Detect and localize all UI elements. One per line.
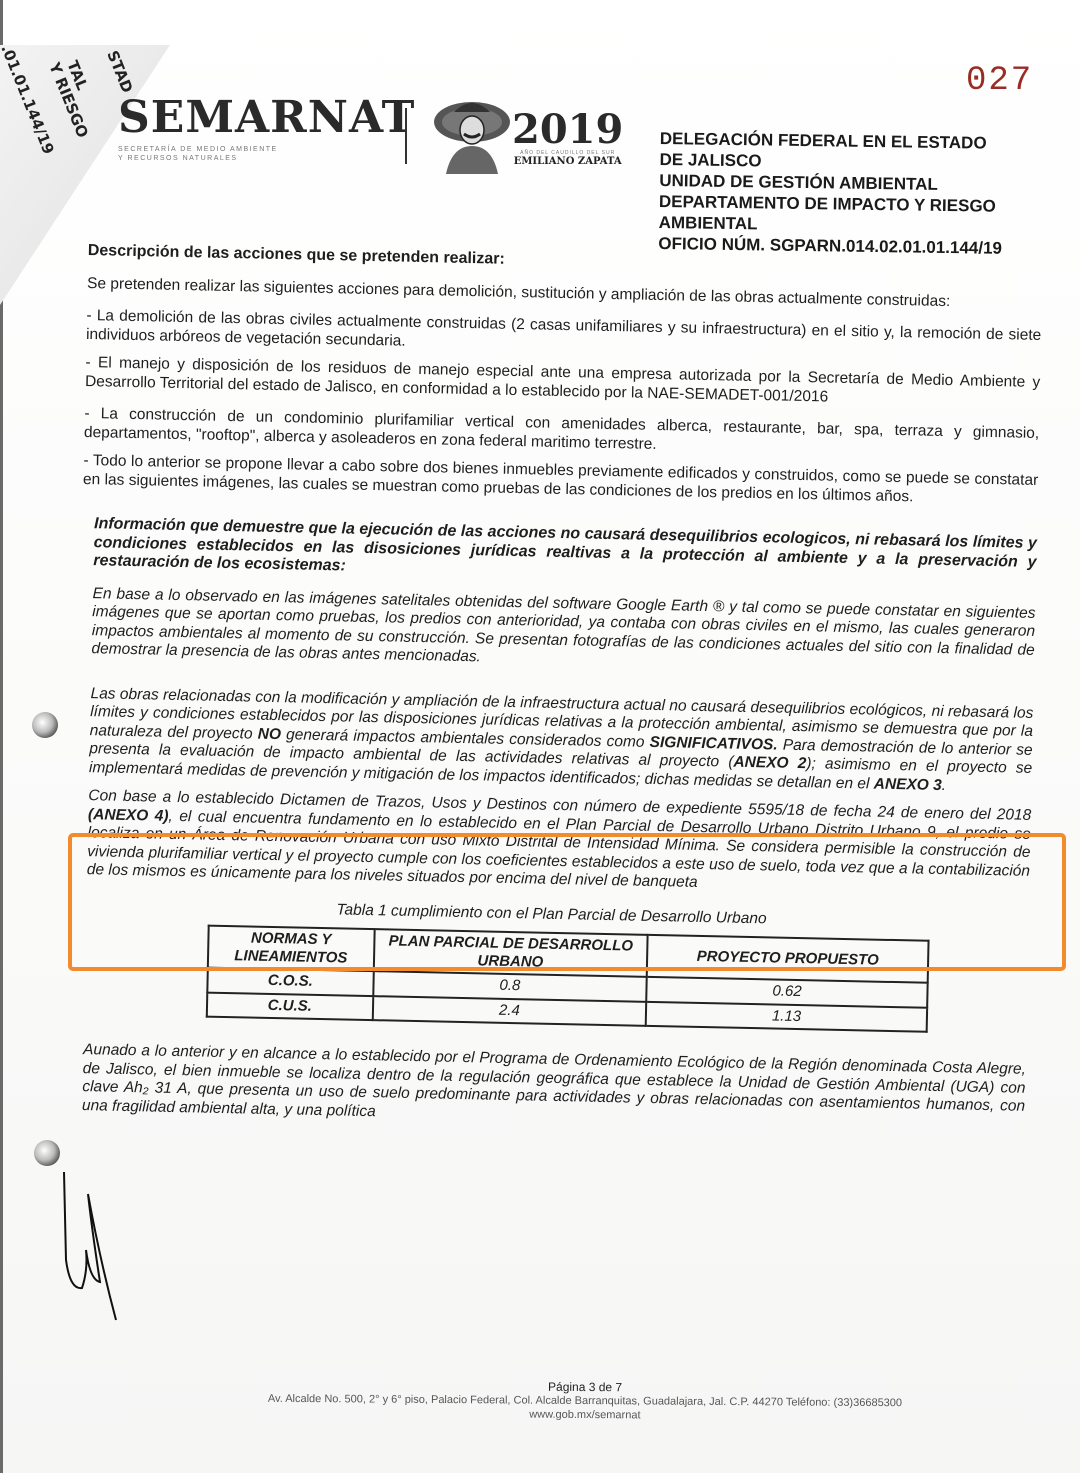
year-name: EMILIANO ZAPATA bbox=[512, 156, 623, 167]
table-cell: C.U.S. bbox=[207, 992, 373, 1020]
highlight-box bbox=[68, 833, 1066, 971]
table-cell: C.O.S. bbox=[207, 968, 373, 996]
brand-subtitle: SECRETARÍA DE MEDIO AMBIENTE Y RECURSOS … bbox=[118, 145, 415, 163]
page-footer: Página 3 de 7 Av. Alcalde No. 500, 2° y … bbox=[160, 1377, 1010, 1425]
document-body: Descripción de las acciones que se prete… bbox=[70, 242, 1043, 1135]
hole-punch-icon bbox=[32, 712, 58, 738]
zapata-portrait-icon bbox=[432, 94, 512, 174]
brand-subtitle-line: SECRETARÍA DE MEDIO AMBIENTE bbox=[118, 145, 415, 154]
page-stamp-number: 027 bbox=[966, 62, 1033, 100]
year-logo: 2019 AÑO DEL CAUDILLO DEL SUR EMILIANO Z… bbox=[512, 110, 623, 167]
office-header: DELEGACIÓN FEDERAL EN EL ESTADO DE JALIS… bbox=[658, 128, 1060, 260]
semarnat-logo: SEMARNAT SECRETARÍA DE MEDIO AMBIENTE Y … bbox=[118, 92, 415, 163]
brand-subtitle-line: Y RECURSOS NATURALES bbox=[118, 154, 415, 163]
year-text: 2019 bbox=[512, 110, 623, 150]
logo-divider bbox=[405, 108, 407, 164]
signature-icon bbox=[60, 1170, 120, 1330]
brand-name: SEMARNAT bbox=[118, 92, 415, 143]
hole-punch-icon bbox=[34, 1140, 60, 1166]
document-page: STAD TAL Y RIESGO .01.01.144/19 027 SEMA… bbox=[0, 0, 1080, 1473]
